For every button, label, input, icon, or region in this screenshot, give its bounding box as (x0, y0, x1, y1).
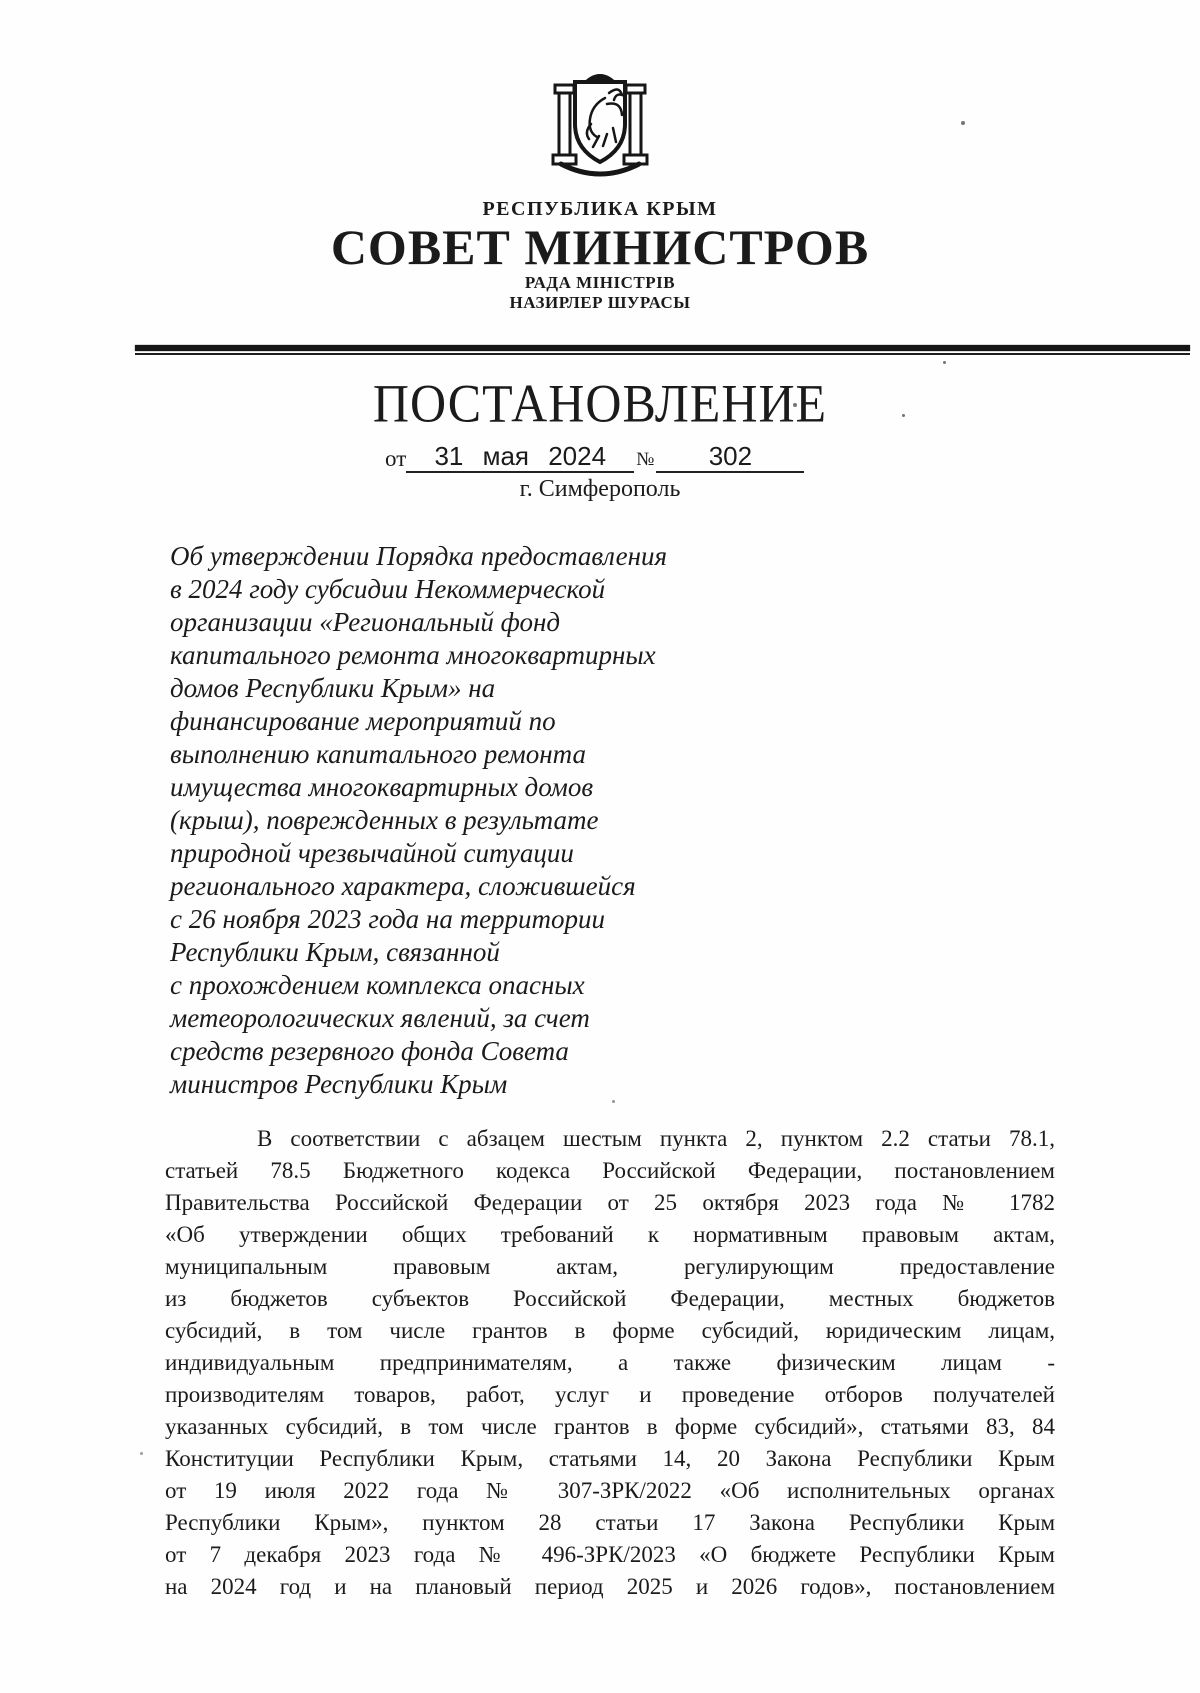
subject-line: в 2024 году субсидии Некоммерческой (170, 573, 715, 606)
date-label: от (385, 446, 406, 473)
subject-line: имущества многоквартирных домов (170, 771, 715, 804)
crimea-coat-of-arms-icon (547, 64, 653, 186)
subject-line: (крыш), поврежденных в результате (170, 804, 715, 837)
body-line: субсидий, в том числе грантов в форме су… (165, 1315, 1055, 1347)
subject-line: Об утверждении Порядка предоставления (170, 540, 715, 573)
body-line: Республики Крым», пунктом 28 статьи 17 З… (165, 1507, 1055, 1539)
subject-line: регионального характера, сложившейся (170, 870, 715, 903)
body-line: В соответствии с абзацем шестым пункта 2… (165, 1123, 1055, 1155)
subject-line: с 26 ноября 2023 года на территории (170, 903, 715, 936)
letterhead (0, 0, 1200, 191)
decree-date-line: от 31 мая 2024 № 302 (385, 439, 1200, 473)
body-line: муниципальным правовым актам, регулирующ… (165, 1251, 1055, 1283)
subject-line: выполнению капитального ремонта (170, 738, 715, 771)
body-line: индивидуальным предпринимателям, а также… (165, 1347, 1055, 1379)
letterhead-divider (135, 345, 1190, 355)
subject-line: финансирование мероприятий по (170, 705, 715, 738)
body-line: производителям товаров, работ, услуг и п… (165, 1379, 1055, 1411)
council-title-ukrainian: РАДА МІНІСТРІВ (0, 273, 1200, 293)
divider-thin-line (135, 353, 1190, 355)
republic-name: РЕСПУБЛИКА КРЫМ (0, 197, 1200, 221)
divider-thick-line (135, 345, 1190, 351)
subject-line: капитального ремонта многоквартирных (170, 639, 715, 672)
body-line: на 2024 год и на плановый период 2025 и … (165, 1571, 1055, 1603)
body-line: от 19 июля 2022 года № 307-ЗРК/2022 «Об … (165, 1475, 1055, 1507)
scan-speck (943, 361, 946, 364)
body-line: Правительства Российской Федерации от 25… (165, 1187, 1055, 1219)
subject-line: с прохождением комплекса опасных (170, 969, 715, 1002)
number-value: 302 (656, 441, 804, 473)
council-title-crimean-tatar: НАЗИРЛЕР ШУРАСЫ (0, 293, 1200, 313)
date-value: 31 мая 2024 (406, 441, 634, 473)
body-line: «Об утверждении общих требований к норма… (165, 1219, 1055, 1251)
number-sign: № (634, 449, 656, 473)
body-line: из бюджетов субъектов Российской Федерац… (165, 1283, 1055, 1315)
subject-line: природной чрезвычайной ситуации (170, 837, 715, 870)
body-line: от 7 декабря 2023 года № 496-ЗРК/2023 «О… (165, 1539, 1055, 1571)
scanned-decree-page: РЕСПУБЛИКА КРЫМ СОВЕТ МИНИСТРОВ РАДА МІН… (0, 0, 1200, 1693)
subject-line: метеорологических явлений, за счет (170, 1002, 715, 1035)
subject-line: организации «Региональный фонд (170, 606, 715, 639)
scan-speck (140, 1452, 143, 1455)
subject-line: Республики Крым, связанной (170, 936, 715, 969)
scan-speck (902, 414, 905, 417)
council-title: СОВЕТ МИНИСТРОВ (0, 221, 1200, 273)
body-line: Конституции Республики Крым, статьями 14… (165, 1443, 1055, 1475)
body-block: В соответствии с абзацем шестым пункта 2… (165, 1123, 1055, 1603)
subject-line: министров Республики Крым (170, 1068, 715, 1101)
subject-line: домов Республики Крым» на (170, 672, 715, 705)
subject-line: средств резервного фонда Совета (170, 1035, 715, 1068)
decree-title: ПОСТАНОВЛЕНИЕ (0, 373, 1200, 433)
decree-place: г. Симферополь (0, 476, 1200, 502)
scan-speck (961, 121, 965, 125)
subject-block: Об утверждении Порядка предоставленияв 2… (170, 540, 715, 1101)
scan-speck (793, 403, 797, 407)
body-line: статьей 78.5 Бюджетного кодекса Российск… (165, 1155, 1055, 1187)
scan-speck (612, 1100, 615, 1103)
body-line: указанных субсидий, в том числе грантов … (165, 1411, 1055, 1443)
